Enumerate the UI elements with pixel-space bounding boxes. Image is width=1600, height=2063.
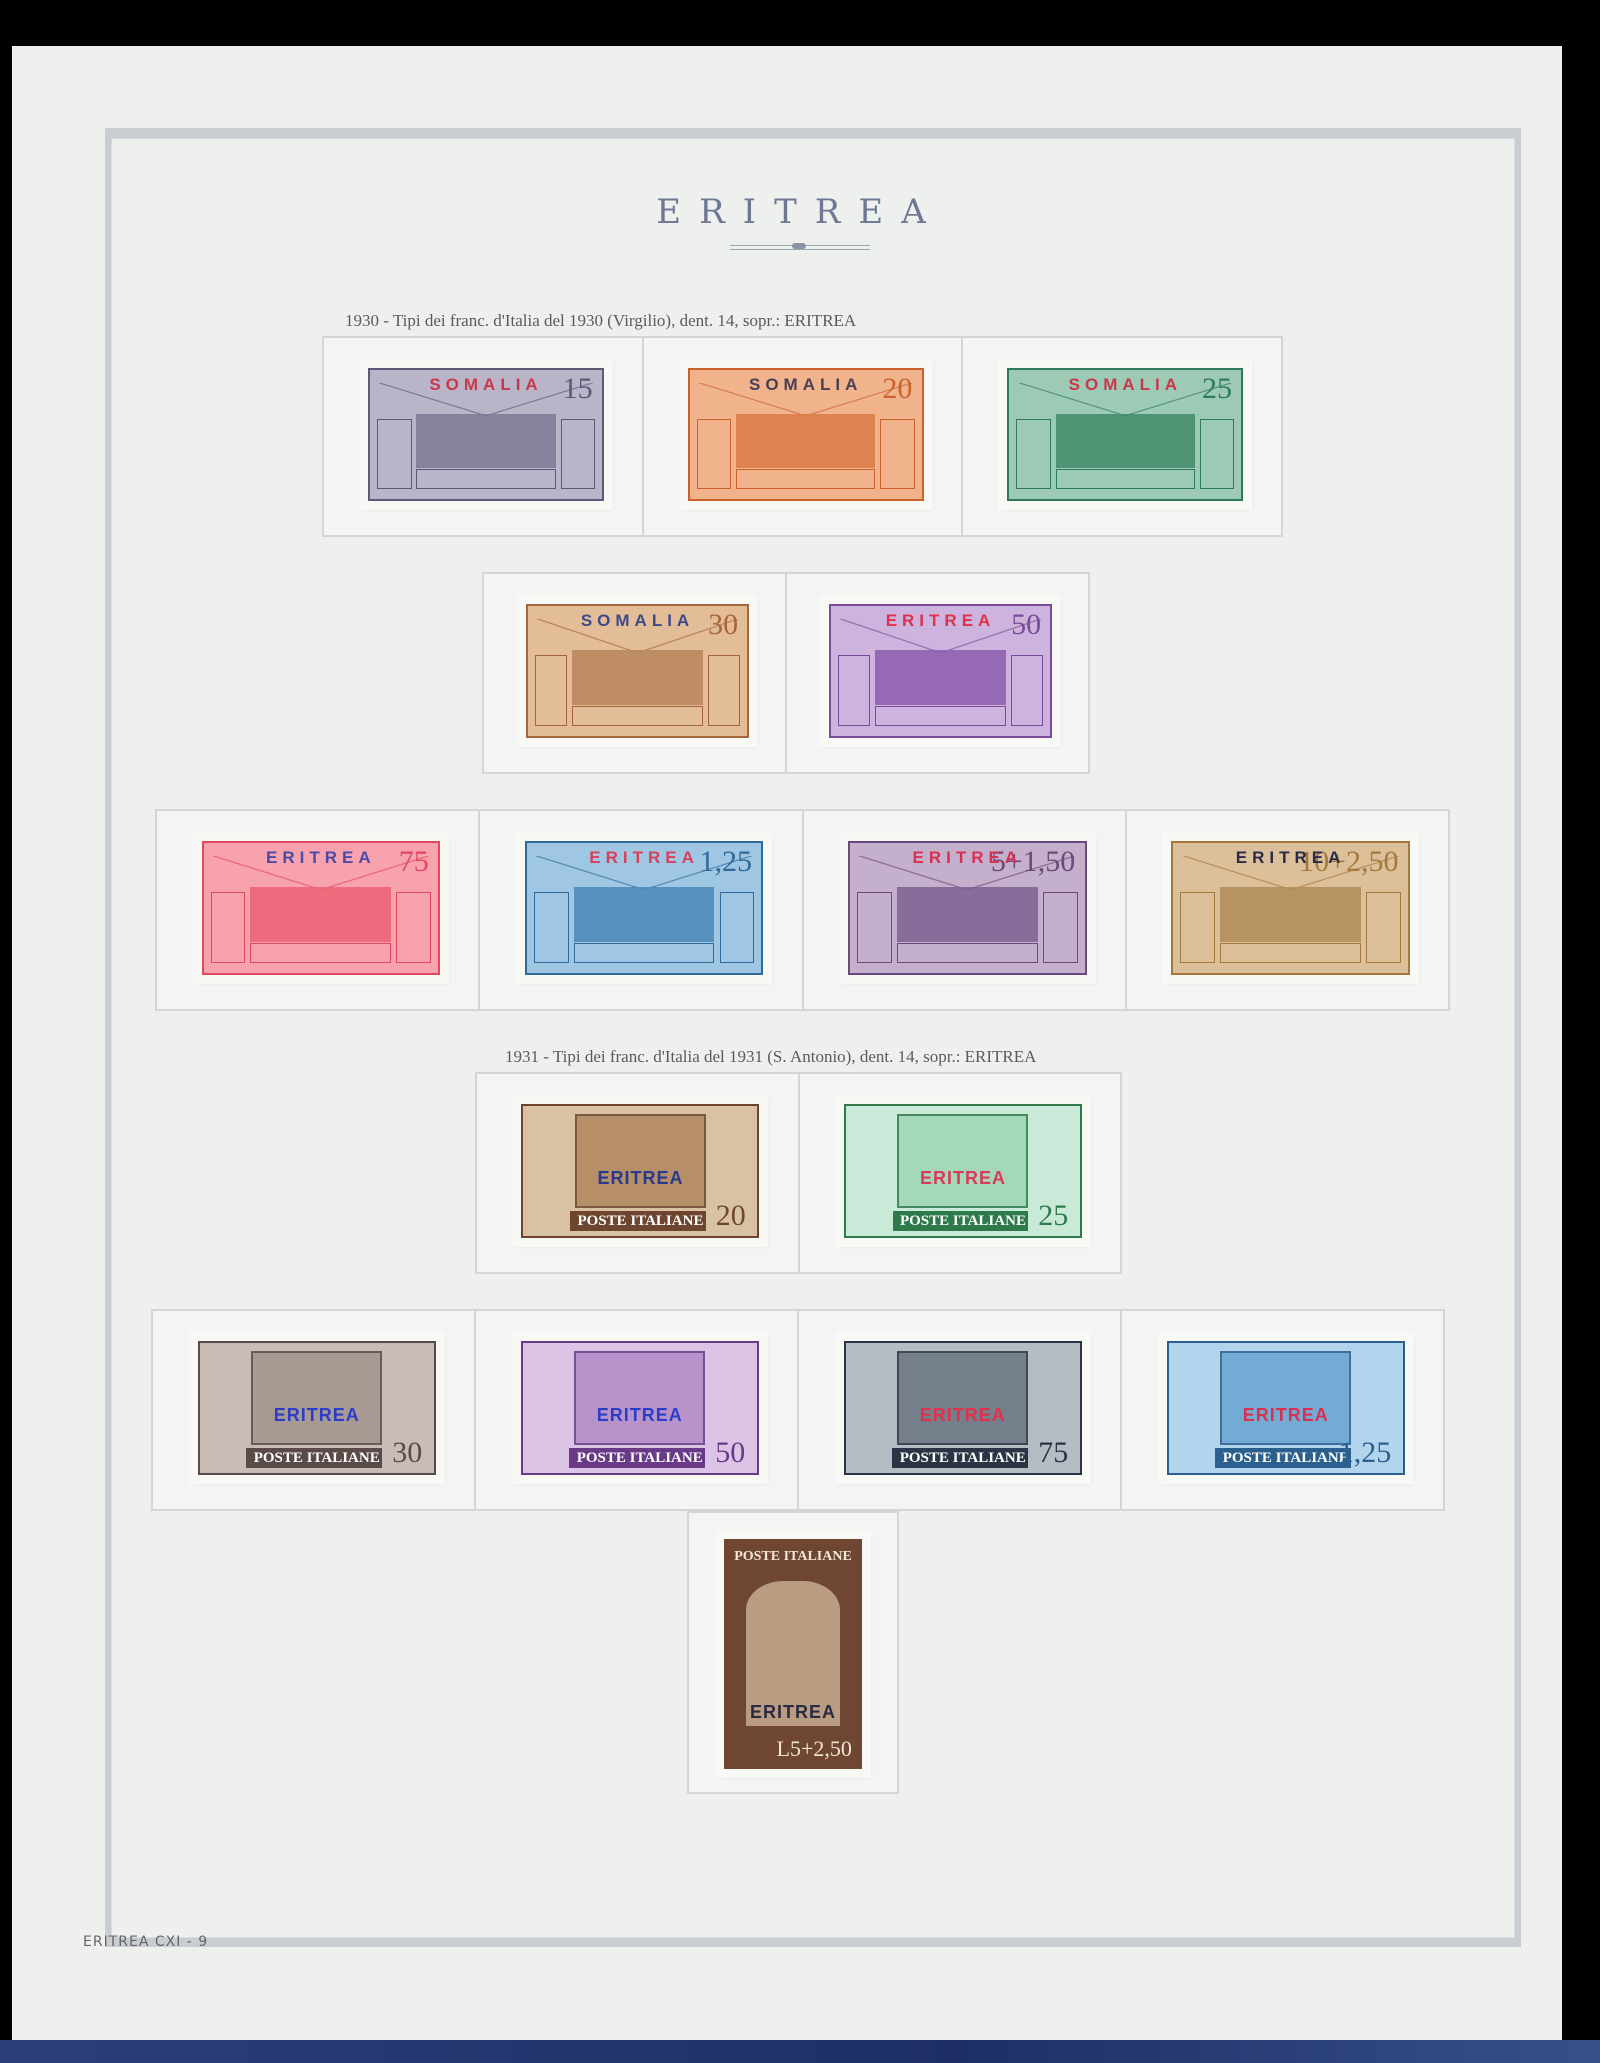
left-column-ornament <box>535 655 568 726</box>
stamp-vignette <box>575 1114 706 1208</box>
stamp[interactable]: POSTE ITALIANE L5+2,50 ERITREA <box>718 1533 868 1776</box>
stamp-slot[interactable]: 20 SOMALIA <box>644 338 964 535</box>
stamp-vignette <box>1220 1351 1351 1445</box>
stamp-slot[interactable]: 30 SOMALIA <box>482 574 787 772</box>
stamp[interactable]: 50 ERITREA <box>823 598 1058 745</box>
stamp-vignette <box>875 650 1006 705</box>
left-column-ornament <box>377 419 411 489</box>
stamp[interactable]: POSTE ITALIANE 25 ERITREA <box>838 1098 1088 1245</box>
stamp[interactable]: 30 SOMALIA <box>520 598 755 745</box>
stamp[interactable]: 75 ERITREA <box>196 835 447 982</box>
stamp-design: POSTE ITALIANE L5+2,50 <box>724 1539 862 1770</box>
stamp-slot[interactable]: POSTE ITALIANE 30 ERITREA <box>151 1311 476 1509</box>
stamp-overprint: ERITREA <box>838 1168 1088 1189</box>
stamp-overprint: SOMALIA <box>1001 375 1249 395</box>
stamp-overprint: ERITREA <box>823 611 1058 631</box>
stamp-mount-strip: POSTE ITALIANE 20 ERITREA POSTE ITALIANE… <box>475 1072 1122 1274</box>
stamp-label: POSTE ITALIANE <box>251 1451 382 1467</box>
stamp-vignette <box>1056 414 1195 469</box>
stamp-vignette <box>416 414 555 469</box>
left-column-ornament <box>534 892 569 963</box>
inscription-plaque <box>1220 943 1361 963</box>
stamp-mount-strip: 15 SOMALIA 20 SOMALIA <box>322 336 1283 537</box>
stamp-value: 50 <box>715 1438 745 1468</box>
right-column-ornament <box>1011 655 1044 726</box>
album-binder-edge <box>0 2040 1600 2063</box>
inscription-plaque <box>897 943 1038 963</box>
stamp[interactable]: POSTE ITALIANE 50 ERITREA <box>515 1335 765 1482</box>
stamp-overprint: ERITREA <box>515 1405 765 1426</box>
section-caption-1931: 1931 - Tipi dei franc. d'Italia del 1931… <box>505 1047 1036 1067</box>
stamp-value: 75 <box>1038 1438 1068 1468</box>
stamp-slot[interactable]: 25 SOMALIA <box>963 338 1283 535</box>
left-column-ornament <box>697 419 731 489</box>
stamp-label: POSTE ITALIANE <box>726 1550 860 1756</box>
stamp[interactable]: POSTE ITALIANE 1,25 ERITREA <box>1161 1335 1411 1482</box>
inscription-plaque <box>250 943 391 963</box>
section-caption-1930: 1930 - Tipi dei franc. d'Italia del 1930… <box>345 311 856 331</box>
right-column-ornament <box>1366 892 1401 963</box>
stamp-vignette <box>897 1351 1028 1445</box>
stamp-overprint: ERITREA <box>519 848 770 868</box>
inscription-plaque <box>416 469 555 489</box>
stamp[interactable]: 25 SOMALIA <box>1001 362 1249 508</box>
stamp-slot[interactable]: 15 SOMALIA <box>322 338 644 535</box>
stamp-label: POSTE ITALIANE <box>575 1214 706 1230</box>
stamp-label: POSTE ITALIANE <box>897 1451 1028 1467</box>
left-column-ornament <box>211 892 246 963</box>
stamp-value: 25 <box>1038 1201 1068 1231</box>
stamp[interactable]: 20 SOMALIA <box>682 362 930 508</box>
stamp-overprint: ERITREA <box>842 848 1093 868</box>
page-title: ERITREA <box>0 192 1600 232</box>
stamp-value: 30 <box>392 1438 422 1468</box>
stamp-mount-strip: POSTE ITALIANE 30 ERITREA POSTE ITALIANE… <box>151 1309 1445 1511</box>
right-column-ornament <box>1043 892 1078 963</box>
stamp-slot[interactable]: 10+2,50 ERITREA <box>1127 811 1450 1009</box>
inscription-plaque <box>736 469 875 489</box>
stamp-slot[interactable]: POSTE ITALIANE 25 ERITREA <box>800 1074 1123 1272</box>
stamp-vignette <box>574 1351 705 1445</box>
right-column-ornament <box>396 892 431 963</box>
stamp-overprint: ERITREA <box>838 1405 1088 1426</box>
stamp-slot[interactable]: 50 ERITREA <box>787 574 1090 772</box>
stamp-overprint: ERITREA <box>196 848 447 868</box>
stamp-value: 20 <box>716 1201 746 1231</box>
title-ornament-icon <box>730 245 870 250</box>
stamp-vignette <box>1220 887 1361 942</box>
left-column-ornament <box>857 892 892 963</box>
stamp-value: L5+2,50 <box>777 1738 852 1760</box>
stamp-mount-strip: POSTE ITALIANE L5+2,50 ERITREA <box>687 1511 899 1794</box>
stamp-vignette <box>251 1351 382 1445</box>
stamp-slot[interactable]: POSTE ITALIANE 1,25 ERITREA <box>1122 1311 1445 1509</box>
stamp-overprint: ERITREA <box>192 1405 442 1426</box>
left-column-ornament <box>1180 892 1215 963</box>
inscription-plaque <box>574 943 715 963</box>
stamp[interactable]: 15 SOMALIA <box>362 362 610 508</box>
left-column-ornament <box>1016 419 1050 489</box>
stamp-label: POSTE ITALIANE <box>1220 1451 1351 1467</box>
stamp[interactable]: 10+2,50 ERITREA <box>1165 835 1416 982</box>
stamp-overprint: ERITREA <box>515 1168 765 1189</box>
inscription-plaque <box>875 706 1006 726</box>
stamp-overprint: SOMALIA <box>682 375 930 395</box>
right-column-ornament <box>1200 419 1234 489</box>
stamp-mount-strip: 30 SOMALIA 50 ERITREA <box>482 572 1090 774</box>
stamp-slot[interactable]: POSTE ITALIANE 50 ERITREA <box>476 1311 799 1509</box>
right-column-ornament <box>720 892 755 963</box>
inscription-plaque <box>572 706 703 726</box>
stamp-slot[interactable]: POSTE ITALIANE 20 ERITREA <box>475 1074 800 1272</box>
stamp[interactable]: POSTE ITALIANE 30 ERITREA <box>192 1335 442 1482</box>
stamp-mount-strip: 75 ERITREA 1,25 ERITREA <box>155 809 1450 1011</box>
stamp-overprint: SOMALIA <box>520 611 755 631</box>
stamp-overprint: ERITREA <box>718 1702 868 1723</box>
stamp-vignette <box>897 887 1038 942</box>
stamp[interactable]: POSTE ITALIANE 75 ERITREA <box>838 1335 1088 1482</box>
stamp-slot[interactable]: POSTE ITALIANE 75 ERITREA <box>799 1311 1122 1509</box>
stamp[interactable]: POSTE ITALIANE 20 ERITREA <box>515 1098 765 1245</box>
stamp[interactable]: 1,25 ERITREA <box>519 835 770 982</box>
right-column-ornament <box>561 419 595 489</box>
right-column-ornament <box>708 655 741 726</box>
right-column-ornament <box>880 419 914 489</box>
stamp-vignette <box>897 1114 1028 1208</box>
stamp-vignette <box>736 414 875 469</box>
stamp-slot[interactable]: 5+1,50 ERITREA <box>804 811 1127 1009</box>
inscription-plaque <box>1056 469 1195 489</box>
stamp-vignette <box>574 887 715 942</box>
stamp-value: 1,25 <box>1339 1438 1392 1468</box>
stamp-vignette <box>572 650 703 705</box>
stamp-slot[interactable]: POSTE ITALIANE L5+2,50 ERITREA <box>687 1513 899 1792</box>
stamp-slot[interactable]: 75 ERITREA <box>155 811 480 1009</box>
page-footer: ERITREA CXI - 9 <box>83 1934 208 1950</box>
stamp-overprint: SOMALIA <box>362 375 610 395</box>
stamp[interactable]: 5+1,50 ERITREA <box>842 835 1093 982</box>
stamp-label: POSTE ITALIANE <box>897 1214 1028 1230</box>
stamp-overprint: ERITREA <box>1161 1405 1411 1426</box>
stamp-label: POSTE ITALIANE <box>574 1451 705 1467</box>
stamp-slot[interactable]: 1,25 ERITREA <box>480 811 803 1009</box>
stamp-overprint: ERITREA <box>1165 848 1416 868</box>
left-column-ornament <box>838 655 871 726</box>
stamp-vignette <box>250 887 391 942</box>
